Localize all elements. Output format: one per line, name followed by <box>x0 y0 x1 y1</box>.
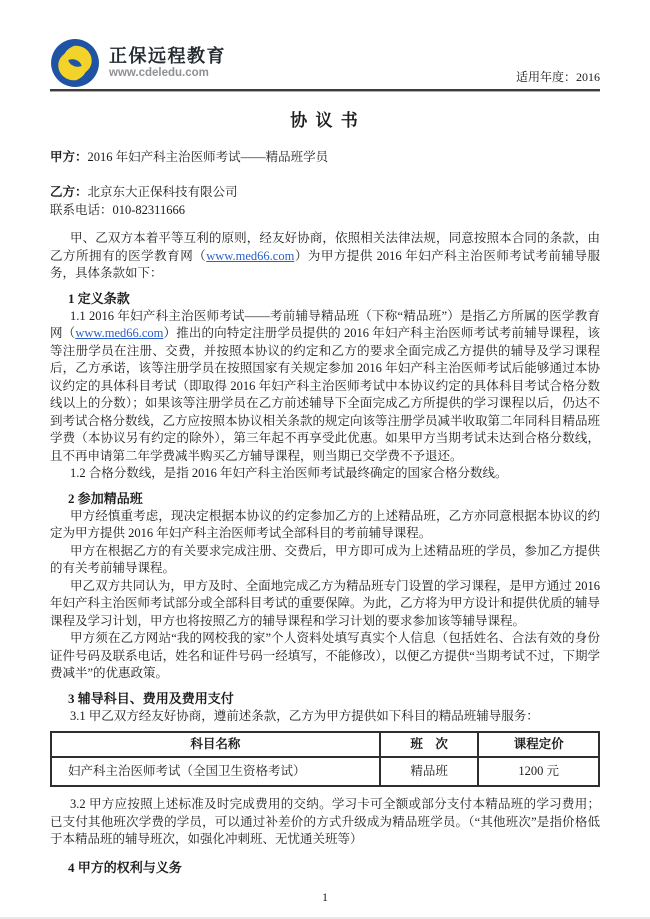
party-a-label: 甲方： <box>50 150 88 164</box>
subjects-table: 科目名称 班 次 课程定价 妇产科主治医师考试（全国卫生资格考试） 精品班 12… <box>50 731 600 787</box>
table-header-row: 科目名称 班 次 课程定价 <box>51 732 599 757</box>
section-4-heading: 4 甲方的权利与义务 <box>50 859 600 877</box>
clause-1-2: 1.2 合格分数线，是指 2016 年妇产科主治医师考试最终确定的国家合格分数线… <box>50 465 600 483</box>
brand-text: 正保远程教育 www.cdeledu.com <box>109 46 226 80</box>
med66-link-2[interactable]: www.med66.com <box>75 326 163 340</box>
document-page: 正保远程教育 www.cdeledu.com 适用年度：2016 协 议 书 甲… <box>0 0 650 919</box>
brand-logo: 正保远程教育 www.cdeledu.com <box>50 38 226 88</box>
subject-name-header: 科目名称 <box>51 732 380 757</box>
subjects-table-wrap: 科目名称 班 次 课程定价 妇产科主治医师考试（全国卫生资格考试） 精品班 12… <box>50 731 600 787</box>
table-row: 妇产科主治医师考试（全国卫生资格考试） 精品班 1200 元 <box>51 757 599 786</box>
section-3-heading: 3 辅导科目、费用及费用支付 <box>50 690 600 708</box>
clause-3-1: 3.1 甲乙双方经友好协商，遵前述条款，乙方为甲方提供如下科目的精品班辅导服务： <box>50 708 600 726</box>
brand-name: 正保远程教育 <box>109 46 226 67</box>
section-1-heading: 1 定义条款 <box>50 290 600 308</box>
cdeledu-swirl-icon <box>50 38 100 88</box>
section-2-para-4: 甲方须在乙方网站“我的网校我的家”个人资料处填写真实个人信息（包括姓名、合法有效… <box>50 630 600 683</box>
brand-url: www.cdeledu.com <box>109 67 226 80</box>
med66-link[interactable]: www.med66.com <box>206 249 294 263</box>
page-title: 协 议 书 <box>50 106 600 131</box>
intro-paragraph: 甲、乙双方本着平等互利的原则，经友好协商，依照相关法律法规，同意按照本合同的条款… <box>50 230 600 283</box>
party-a-line: 甲方：2016 年妇产科主治医师考试——精品班学员 <box>50 148 600 166</box>
party-a-value: 2016 年妇产科主治医师考试——精品班学员 <box>88 150 329 164</box>
clause-1-1: 1.1 2016 年妇产科主治医师考试——考前辅导精品班（下称“精品班”）是指乙… <box>50 308 600 466</box>
party-b-value: 北京东大正保科技有限公司 <box>88 185 238 199</box>
section-2-para-3: 甲乙双方共同认为，甲方及时、全面地完成乙方为精品班专门设置的学习课程，是甲方通过… <box>50 578 600 631</box>
clause-1-1-post: ）推出的向特定注册学员提供的 2016 年妇产科主治医师考试考前辅导课程，该等注… <box>50 326 600 463</box>
applicable-year: 适用年度：2016 <box>516 68 600 88</box>
contact-phone-line: 联系电话：010-82311666 <box>50 201 600 219</box>
section-2-para-2: 甲方在根据乙方的有关要求完成注册、交费后，甲方即可成为上述精品班的学员，参加乙方… <box>50 543 600 578</box>
header-row: 正保远程教育 www.cdeledu.com 适用年度：2016 <box>50 34 600 88</box>
clause-3-2: 3.2 甲方应按照上述标准及时完成费用的交纳。学习卡可全额或部分支付本精品班的学… <box>50 796 600 849</box>
class-type-cell: 精品班 <box>380 757 479 786</box>
party-b-label: 乙方： <box>50 185 88 199</box>
section-2-para-1: 甲方经慎重考虑，现决定根据本协议的约定参加乙方的上述精品班，乙方亦同意根据本协议… <box>50 508 600 543</box>
parties-block: 甲方：2016 年妇产科主治医师考试——精品班学员 乙方：北京东大正保科技有限公… <box>50 148 600 219</box>
contract-body: 甲、乙双方本着平等互利的原则，经友好协商，依照相关法律法规，同意按照本合同的条款… <box>50 230 600 877</box>
course-price-cell: 1200 元 <box>478 757 599 786</box>
header-rule <box>50 89 600 92</box>
course-price-header: 课程定价 <box>478 732 599 757</box>
subject-name-cell: 妇产科主治医师考试（全国卫生资格考试） <box>51 757 380 786</box>
party-b-line: 乙方：北京东大正保科技有限公司 <box>50 183 600 201</box>
party-b-block: 乙方：北京东大正保科技有限公司 联系电话：010-82311666 <box>50 183 600 219</box>
page-header: 正保远程教育 www.cdeledu.com 适用年度：2016 <box>50 34 600 92</box>
section-2-heading: 2 参加精品班 <box>50 490 600 508</box>
class-type-header: 班 次 <box>380 732 479 757</box>
page-number: 1 <box>50 890 600 905</box>
